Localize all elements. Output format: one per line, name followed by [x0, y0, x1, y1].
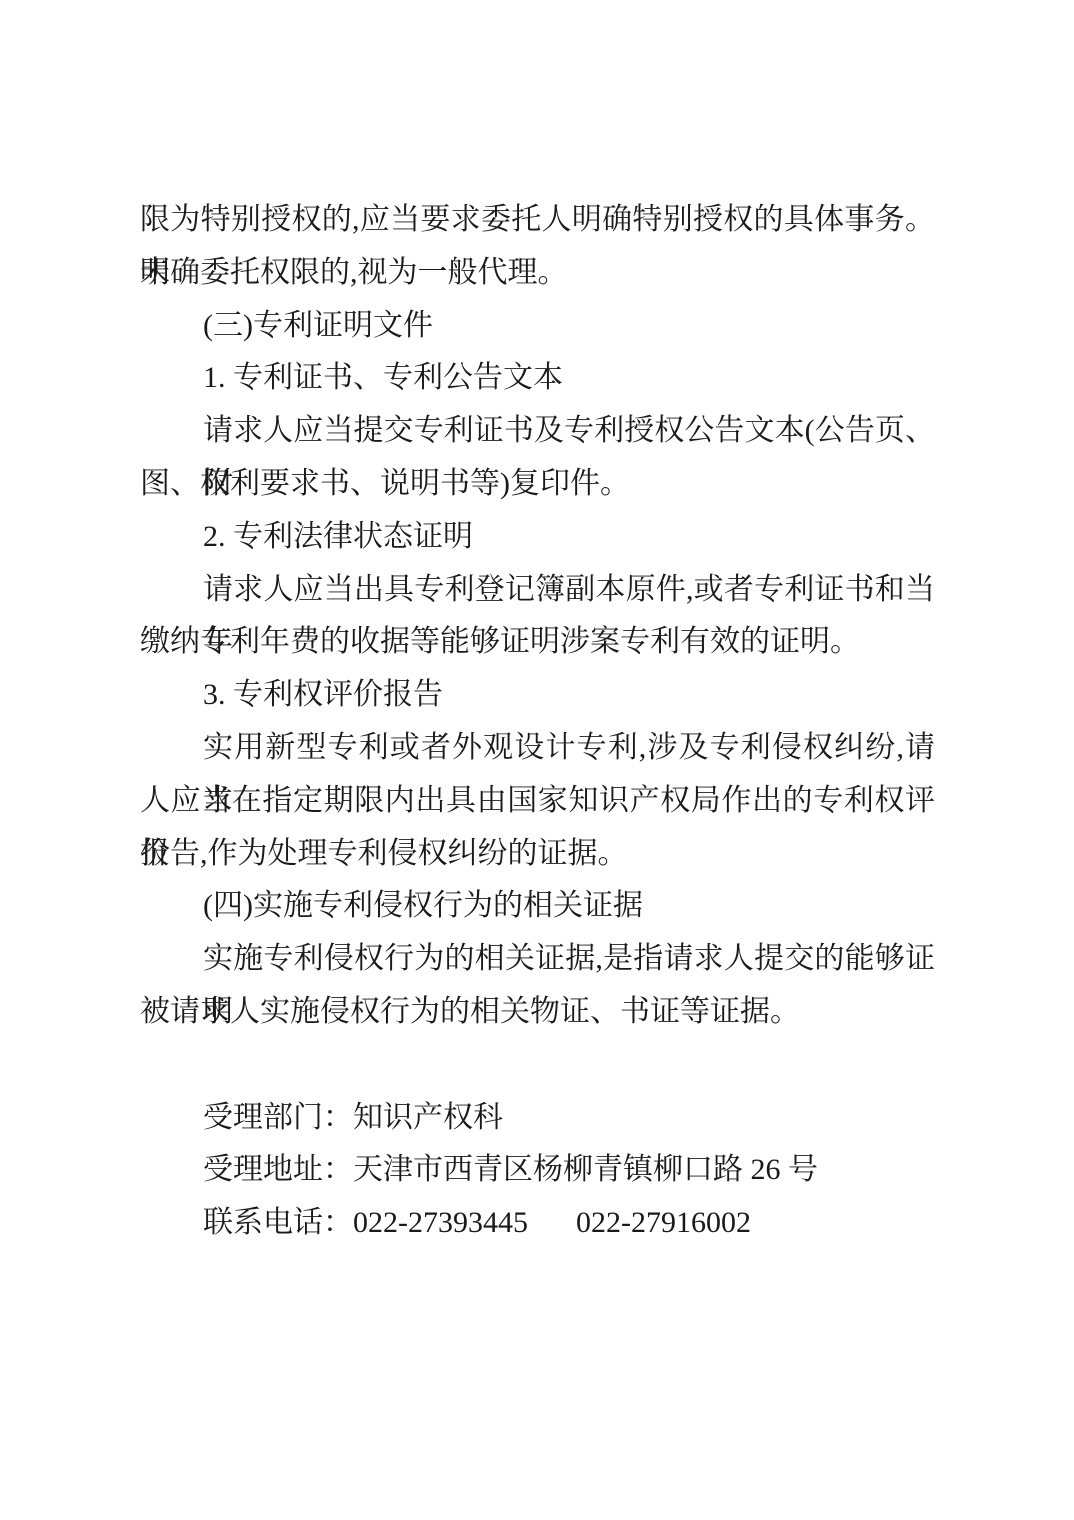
body-text-line: 3. 专利权评价报告 [140, 669, 935, 722]
contact-phone-line: 联系电话：022-27393445022-27916002 [140, 1197, 935, 1250]
body-text-line: 明确委托权限的,视为一般代理。 [140, 247, 935, 300]
body-text-line: 2. 专利法律状态证明 [140, 511, 935, 564]
body-text-line: 请求人应当出具专利登记簿副本原件,或者专利证书和当年 [140, 564, 935, 617]
document-page: 限为特别授权的,应当要求委托人明确特别授权的具体事务。未明确委托权限的,视为一般… [0, 0, 1074, 1520]
body-paragraph-lines: 限为特别授权的,应当要求委托人明确特别授权的具体事务。未明确委托权限的,视为一般… [140, 194, 935, 1039]
document-text-block: 限为特别授权的,应当要求委托人明确特别授权的具体事务。未明确委托权限的,视为一般… [140, 194, 935, 1250]
contact-address-value: 天津市西青区杨柳青镇柳口路 26 号 [353, 1153, 818, 1186]
body-text-line: 限为特别授权的,应当要求委托人明确特别授权的具体事务。未 [140, 194, 935, 247]
body-text-line: 实用新型专利或者外观设计专利,涉及专利侵权纠纷,请求 [140, 722, 935, 775]
section-heading-line: (三)专利证明文件 [140, 300, 935, 353]
section-heading-line: (四)实施专利侵权行为的相关证据 [140, 880, 935, 933]
body-text-line: 缴纳专利年费的收据等能够证明涉案专利有效的证明。 [140, 616, 935, 669]
contact-block: 受理部门：知识产权科 受理地址：天津市西青区杨柳青镇柳口路 26 号 联系电话：… [140, 1092, 935, 1250]
body-text-line: 被请求人实施侵权行为的相关物证、书证等证据。 [140, 986, 935, 1039]
body-text-line: 人应当在指定期限内出具由国家知识产权局作出的专利权评价 [140, 775, 935, 828]
contact-department-value: 知识产权科 [353, 1101, 503, 1134]
contact-department-line: 受理部门：知识产权科 [140, 1092, 935, 1145]
body-text-line: 图、权利要求书、说明书等)复印件。 [140, 458, 935, 511]
contact-address-label: 受理地址： [203, 1153, 353, 1186]
contact-phone-2: 022-27916002 [576, 1206, 751, 1239]
body-text-line: 请求人应当提交专利证书及专利授权公告文本(公告页、附 [140, 405, 935, 458]
contact-phone-1: 022-27393445 [353, 1206, 528, 1239]
body-text-line: 1. 专利证书、专利公告文本 [140, 352, 935, 405]
body-text-line: 实施专利侵权行为的相关证据,是指请求人提交的能够证明 [140, 933, 935, 986]
contact-department-label: 受理部门： [203, 1101, 353, 1134]
contact-address-line: 受理地址：天津市西青区杨柳青镇柳口路 26 号 [140, 1144, 935, 1197]
contact-phone-label: 联系电话： [203, 1206, 353, 1239]
body-text-line: 报告,作为处理专利侵权纠纷的证据。 [140, 828, 935, 881]
